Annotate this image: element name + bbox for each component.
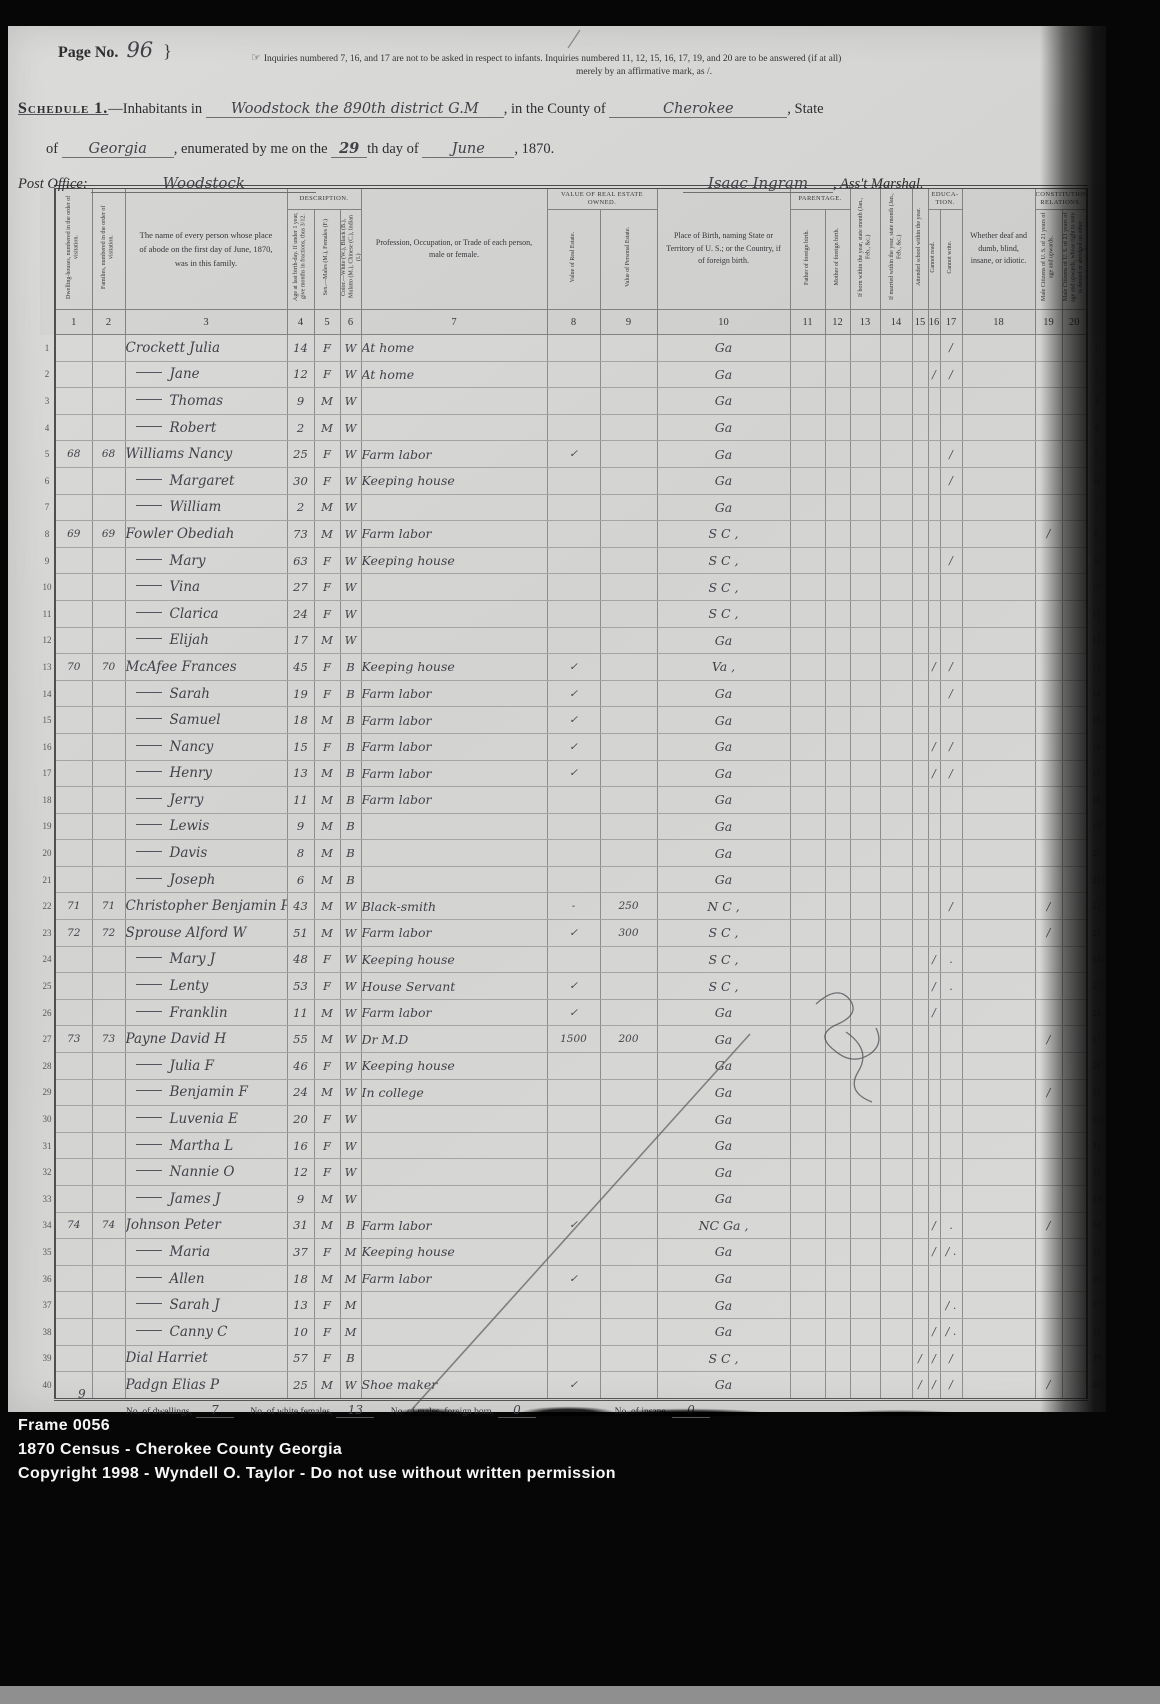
personal-estate-cell <box>600 866 657 893</box>
birthplace-cell: Ga <box>657 1372 790 1400</box>
cannot-write-cell <box>940 600 962 627</box>
table-row: 6Margaret30FWKeeping houseGa/6 <box>40 467 1105 494</box>
name-cell: James J <box>125 1186 287 1213</box>
birthplace-cell: Va , <box>657 654 790 681</box>
attended-school-cell <box>912 893 928 920</box>
column-number: 12 <box>825 310 850 335</box>
birthplace-cell: Ga <box>657 1053 790 1080</box>
row-number-left: 21 <box>40 866 55 893</box>
person-name: McAfee Frances <box>126 659 237 675</box>
caption-copyright: Copyright 1998 - Wyndell O. Taylor - Do … <box>18 1462 616 1486</box>
name-cell: Margaret <box>125 467 287 494</box>
married-month-cell <box>880 494 912 521</box>
real-estate-cell <box>547 840 600 867</box>
attended-school-cell <box>912 1106 928 1133</box>
real-estate-cell: ✓ <box>547 441 600 468</box>
father-foreign-cell <box>790 866 825 893</box>
born-month-cell <box>850 840 880 867</box>
attended-school-cell <box>912 600 928 627</box>
mother-foreign-cell <box>825 707 850 734</box>
attended-school-cell <box>912 1292 928 1319</box>
table-row: 19Lewis9MBGa19 <box>40 813 1105 840</box>
sex-cell: F <box>314 547 340 574</box>
birthplace-cell: Ga <box>657 494 790 521</box>
attended-school-cell <box>912 787 928 814</box>
birthplace-cell: Ga <box>657 1265 790 1292</box>
dwelling-number-cell: 70 <box>55 654 92 681</box>
color-cell: W <box>340 441 361 468</box>
schedule-line-1: Schedule 1.—Inhabitants in Woodstock the… <box>18 100 1036 118</box>
table-row: 14Sarah19FBFarm labor✓Ga/14 <box>40 680 1105 707</box>
birthplace-cell: Ga <box>657 467 790 494</box>
cannot-read-cell <box>928 441 940 468</box>
table-row: 24Mary J48FWKeeping houseS C ,/.24 <box>40 946 1105 973</box>
mother-foreign-cell <box>825 1079 850 1106</box>
attended-school-cell <box>912 1239 928 1266</box>
attended-school-cell <box>912 707 928 734</box>
sex-cell: M <box>314 920 340 947</box>
personal-estate-cell <box>600 361 657 388</box>
attended-school-cell <box>912 574 928 601</box>
occupation-cell <box>361 1132 547 1159</box>
mother-foreign-cell <box>825 973 850 1000</box>
family-number-cell <box>92 733 125 760</box>
occupation-cell: Dr M.D <box>361 1026 547 1053</box>
sex-cell: F <box>314 335 340 362</box>
attended-school-cell <box>912 521 928 548</box>
cannot-write-cell: . <box>940 946 962 973</box>
person-name: Canny C <box>170 1324 228 1340</box>
birthplace-cell: Ga <box>657 760 790 787</box>
day-value: 29 <box>331 140 367 158</box>
table-row: 56868Williams Nancy25FWFarm labor✓Ga/5 <box>40 441 1105 468</box>
row-number-left: 33 <box>40 1186 55 1213</box>
column-number: 15 <box>912 310 928 335</box>
deaf-dumb-cell <box>962 946 1035 973</box>
sex-cell: F <box>314 1053 340 1080</box>
cannot-write-cell <box>940 1053 962 1080</box>
sex-cell: M <box>314 1079 340 1106</box>
row-number-left: 15 <box>40 707 55 734</box>
cannot-read-cell <box>928 1079 940 1106</box>
table-row: 28Julia F46FWKeeping houseGa28 <box>40 1053 1105 1080</box>
family-number-cell <box>92 1372 125 1400</box>
personal-estate-cell <box>600 521 657 548</box>
cannot-write-cell <box>940 840 962 867</box>
mother-foreign-cell <box>825 1292 850 1319</box>
person-name: Benjamin F <box>170 1084 248 1100</box>
age-cell: 55 <box>287 1026 314 1053</box>
person-name: Allen <box>170 1271 205 1287</box>
dwelling-number-cell <box>55 335 92 362</box>
person-name: Vina <box>170 579 201 595</box>
cannot-write-cell <box>940 866 962 893</box>
father-foreign-cell <box>790 494 825 521</box>
dwelling-number-cell: 68 <box>55 441 92 468</box>
birthplace-cell: Ga <box>657 733 790 760</box>
attended-school-cell <box>912 999 928 1026</box>
age-cell: 10 <box>287 1318 314 1345</box>
sex-cell: M <box>314 840 340 867</box>
birthplace-cell: Ga <box>657 441 790 468</box>
personal-estate-cell <box>600 467 657 494</box>
col-header-married-month: If married within the year, state month … <box>880 187 912 310</box>
personal-estate-cell <box>600 627 657 654</box>
born-month-cell <box>850 680 880 707</box>
color-cell: W <box>340 999 361 1026</box>
real-estate-cell: ✓ <box>547 999 600 1026</box>
ditto-mark <box>136 957 162 958</box>
cannot-read-cell: / <box>928 1318 940 1345</box>
cannot-read-cell <box>928 1186 940 1213</box>
mother-foreign-cell <box>825 335 850 362</box>
real-estate-cell <box>547 1186 600 1213</box>
person-name: Luvenia E <box>170 1111 238 1127</box>
father-foreign-cell <box>790 920 825 947</box>
name-cell: Maria <box>125 1239 287 1266</box>
column-number: 14 <box>880 310 912 335</box>
age-cell: 13 <box>287 1292 314 1319</box>
name-cell: Martha L <box>125 1132 287 1159</box>
birthplace-cell: Ga <box>657 1106 790 1133</box>
person-name: Julia F <box>170 1058 214 1074</box>
person-name: Dial Harriet <box>126 1350 208 1366</box>
deaf-dumb-cell <box>962 1132 1035 1159</box>
birthplace-cell: Ga <box>657 813 790 840</box>
father-foreign-cell <box>790 1053 825 1080</box>
occupation-cell <box>361 1159 547 1186</box>
cannot-read-cell <box>928 1106 940 1133</box>
sex-cell: F <box>314 1159 340 1186</box>
father-foreign-cell <box>790 973 825 1000</box>
day-of-label: day of <box>382 141 419 157</box>
cannot-read-cell <box>928 335 940 362</box>
cannot-write-cell: / <box>940 361 962 388</box>
family-number-cell <box>92 467 125 494</box>
birthplace-cell: Ga <box>657 1079 790 1106</box>
name-cell: Nannie O <box>125 1159 287 1186</box>
person-name: Padgn Elias P <box>126 1377 220 1393</box>
sex-cell: F <box>314 574 340 601</box>
real-estate-cell <box>547 627 600 654</box>
age-cell: 43 <box>287 893 314 920</box>
birthplace-cell: S C , <box>657 973 790 1000</box>
name-cell: Fowler Obediah <box>125 521 287 548</box>
mother-foreign-cell <box>825 1159 850 1186</box>
family-number-cell <box>92 866 125 893</box>
born-month-cell <box>850 1159 880 1186</box>
family-number-cell <box>92 494 125 521</box>
person-name: Nannie O <box>170 1164 235 1180</box>
mother-foreign-cell <box>825 494 850 521</box>
age-cell: 20 <box>287 1106 314 1133</box>
row-number-left: 3 <box>40 388 55 415</box>
deaf-dumb-cell <box>962 388 1035 415</box>
sex-cell: M <box>314 521 340 548</box>
col-header-cannot-read: Cannot read. <box>928 210 940 310</box>
occupation-cell: House Servant <box>361 973 547 1000</box>
dwelling-number-cell: 72 <box>55 920 92 947</box>
color-cell: W <box>340 361 361 388</box>
marshal-name: Isaac Ingram <box>683 174 833 193</box>
name-cell: Williams Nancy <box>125 441 287 468</box>
born-month-cell <box>850 1079 880 1106</box>
attended-school-cell <box>912 1186 928 1213</box>
state-label: , State <box>787 101 823 117</box>
father-foreign-cell <box>790 654 825 681</box>
column-number: 18 <box>962 310 1035 335</box>
table-row: 26Franklin11MWFarm labor✓Ga/26 <box>40 999 1105 1026</box>
father-foreign-cell <box>790 1186 825 1213</box>
sex-cell: M <box>314 627 340 654</box>
age-cell: 18 <box>287 1265 314 1292</box>
family-number-cell: 74 <box>92 1212 125 1239</box>
cannot-write-cell: / <box>940 1345 962 1372</box>
married-month-cell <box>880 707 912 734</box>
cannot-write-cell: / <box>940 680 962 707</box>
occupation-cell: Farm labor <box>361 787 547 814</box>
day-suffix: th <box>367 141 378 157</box>
mother-foreign-cell <box>825 1265 850 1292</box>
table-row: 277373Payne David H55MWDr M.D1500200Ga/2… <box>40 1026 1105 1053</box>
sex-cell: F <box>314 946 340 973</box>
married-month-cell <box>880 654 912 681</box>
father-foreign-cell <box>790 999 825 1026</box>
attended-school-cell <box>912 1212 928 1239</box>
cannot-read-cell: / <box>928 1372 940 1400</box>
occupation-cell <box>361 813 547 840</box>
born-month-cell <box>850 1132 880 1159</box>
birthplace-cell: S C , <box>657 574 790 601</box>
table-row: 33James J9MWGa33 <box>40 1186 1105 1213</box>
name-cell: Nancy <box>125 733 287 760</box>
ditto-mark <box>136 745 162 746</box>
insane-value: 0 <box>672 1403 710 1418</box>
married-month-cell <box>880 1265 912 1292</box>
name-cell: Lewis <box>125 813 287 840</box>
occupation-cell <box>361 388 547 415</box>
cannot-read-cell <box>928 707 940 734</box>
dwelling-number-cell <box>55 361 92 388</box>
real-estate-cell: ✓ <box>547 920 600 947</box>
mother-foreign-cell <box>825 760 850 787</box>
father-foreign-cell <box>790 600 825 627</box>
sex-cell: F <box>314 467 340 494</box>
sex-cell: M <box>314 1265 340 1292</box>
attended-school-cell <box>912 1026 928 1053</box>
ditto-mark <box>136 585 162 586</box>
row-number-left: 32 <box>40 1159 55 1186</box>
family-number-cell <box>92 1106 125 1133</box>
dwelling-number-cell <box>55 467 92 494</box>
occupation-cell: Farm labor <box>361 760 547 787</box>
table-row: 17Henry13MBFarm labor✓Ga//17 <box>40 760 1105 787</box>
father-foreign-cell <box>790 388 825 415</box>
deaf-dumb-cell <box>962 1345 1035 1372</box>
mother-foreign-cell <box>825 999 850 1026</box>
dwelling-number-cell <box>55 627 92 654</box>
deaf-dumb-cell <box>962 1106 1035 1133</box>
personal-estate-cell <box>600 388 657 415</box>
real-estate-cell <box>547 574 600 601</box>
deaf-dumb-cell <box>962 521 1035 548</box>
color-cell: W <box>340 467 361 494</box>
person-name: Payne David H <box>126 1031 227 1047</box>
occupation-cell: Keeping house <box>361 467 547 494</box>
born-month-cell <box>850 1106 880 1133</box>
family-number-cell <box>92 787 125 814</box>
name-cell: William <box>125 494 287 521</box>
married-month-cell <box>880 1345 912 1372</box>
born-month-cell <box>850 946 880 973</box>
ditto-mark <box>136 372 162 373</box>
name-cell: Jerry <box>125 787 287 814</box>
attended-school-cell <box>912 1318 928 1345</box>
real-estate-cell <box>547 547 600 574</box>
family-number-cell <box>92 1292 125 1319</box>
post-office-value: Woodstock <box>91 174 316 193</box>
cannot-write-cell <box>940 999 962 1026</box>
real-estate-cell: ✓ <box>547 733 600 760</box>
person-name: Fowler Obediah <box>126 526 235 542</box>
name-cell: Johnson Peter <box>125 1212 287 1239</box>
name-cell: McAfee Frances <box>125 654 287 681</box>
col-header-attended-school: Attended school within the year. <box>912 187 928 310</box>
color-cell: W <box>340 547 361 574</box>
deaf-dumb-cell <box>962 1186 1035 1213</box>
cannot-read-cell: / <box>928 1212 940 1239</box>
cannot-write-cell: / <box>940 441 962 468</box>
dwelling-number-cell <box>55 866 92 893</box>
census-table-body: 1Crockett Julia14FWAt homeGa/12Jane12FWA… <box>40 335 1105 1400</box>
color-cell: W <box>340 920 361 947</box>
dwelling-number-cell <box>55 494 92 521</box>
dwelling-number-cell <box>55 1159 92 1186</box>
cannot-write-cell: / <box>940 467 962 494</box>
cannot-write-cell <box>940 707 962 734</box>
married-month-cell <box>880 1292 912 1319</box>
family-number-cell <box>92 1318 125 1345</box>
mother-foreign-cell <box>825 1318 850 1345</box>
cannot-read-cell <box>928 787 940 814</box>
table-row: 35Maria37FMKeeping houseGa// .35 <box>40 1239 1105 1266</box>
color-cell: W <box>340 946 361 973</box>
personal-estate-cell <box>600 1079 657 1106</box>
cannot-read-cell <box>928 467 940 494</box>
born-month-cell <box>850 414 880 441</box>
cannot-read-cell: / <box>928 654 940 681</box>
father-foreign-cell <box>790 547 825 574</box>
dwelling-number-cell <box>55 813 92 840</box>
person-name: Sprouse Alford W <box>126 925 247 941</box>
real-estate-cell <box>547 1318 600 1345</box>
married-month-cell <box>880 1132 912 1159</box>
real-estate-cell: ✓ <box>547 1212 600 1239</box>
cannot-read-cell <box>928 1132 940 1159</box>
family-number-cell <box>92 1159 125 1186</box>
sex-cell: M <box>314 388 340 415</box>
county-value: Cherokee <box>609 101 787 118</box>
row-number-left: 4 <box>40 414 55 441</box>
row-number-left: 25 <box>40 973 55 1000</box>
real-estate-cell <box>547 335 600 362</box>
cannot-write-cell <box>940 521 962 548</box>
deaf-dumb-cell <box>962 654 1035 681</box>
married-month-cell <box>880 840 912 867</box>
father-foreign-cell <box>790 733 825 760</box>
person-name: Clarica <box>170 606 219 622</box>
name-cell: Benjamin F <box>125 1079 287 1106</box>
age-cell: 31 <box>287 1212 314 1239</box>
attended-school-cell <box>912 866 928 893</box>
family-number-cell: 71 <box>92 893 125 920</box>
table-row: 31Martha L16FWGa31 <box>40 1132 1105 1159</box>
attended-school-cell <box>912 547 928 574</box>
brace-glyph: } <box>163 41 172 61</box>
color-cell: W <box>340 1026 361 1053</box>
col-header-personal-estate: Value of Personal Estate. <box>600 210 657 310</box>
personal-estate-cell <box>600 1212 657 1239</box>
born-month-cell <box>850 1292 880 1319</box>
left-margin <box>40 187 55 335</box>
birthplace-cell: Ga <box>657 627 790 654</box>
post-office-row: Post Office: Woodstock Isaac Ingram, Ass… <box>18 174 1036 193</box>
born-month-cell <box>850 361 880 388</box>
column-number: 5 <box>314 310 340 335</box>
col-header-age: Age at last birth-day. If under 1 year, … <box>287 210 314 310</box>
ditto-mark <box>136 638 162 639</box>
age-cell: 12 <box>287 361 314 388</box>
married-month-cell <box>880 893 912 920</box>
born-month-cell <box>850 813 880 840</box>
name-cell: Allen <box>125 1265 287 1292</box>
married-month-cell <box>880 1026 912 1053</box>
real-estate-cell: ✓ <box>547 707 600 734</box>
row-number-left: 16 <box>40 733 55 760</box>
person-name: Maria <box>170 1244 211 1260</box>
person-name: Jane <box>170 366 200 382</box>
family-number-cell: 70 <box>92 654 125 681</box>
real-estate-cell <box>547 388 600 415</box>
sex-cell: M <box>314 1186 340 1213</box>
col-header-deaf-dumb: Whether deaf and dumb, blind, insane, or… <box>962 187 1035 310</box>
row-number-left: 22 <box>40 893 55 920</box>
ditto-mark <box>136 878 162 879</box>
color-cell: W <box>340 521 361 548</box>
name-cell: Thomas <box>125 388 287 415</box>
name-cell: Lenty <box>125 973 287 1000</box>
occupation-cell: Keeping house <box>361 1239 547 1266</box>
mother-foreign-cell <box>825 521 850 548</box>
ditto-mark <box>136 1197 162 1198</box>
family-number-cell <box>92 361 125 388</box>
sex-cell: M <box>314 414 340 441</box>
mother-foreign-cell <box>825 1345 850 1372</box>
born-month-cell <box>850 574 880 601</box>
age-cell: 57 <box>287 1345 314 1372</box>
birthplace-cell: Ga <box>657 1318 790 1345</box>
month-value: June <box>422 141 514 158</box>
attended-school-cell <box>912 813 928 840</box>
person-name: Nancy <box>170 739 214 755</box>
ditto-mark <box>136 559 162 560</box>
family-number-cell <box>92 813 125 840</box>
birthplace-cell: S C , <box>657 521 790 548</box>
col-header-name: The name of every person whose place of … <box>125 187 287 310</box>
father-foreign-cell <box>790 574 825 601</box>
color-cell: M <box>340 1318 361 1345</box>
attended-school-cell <box>912 361 928 388</box>
